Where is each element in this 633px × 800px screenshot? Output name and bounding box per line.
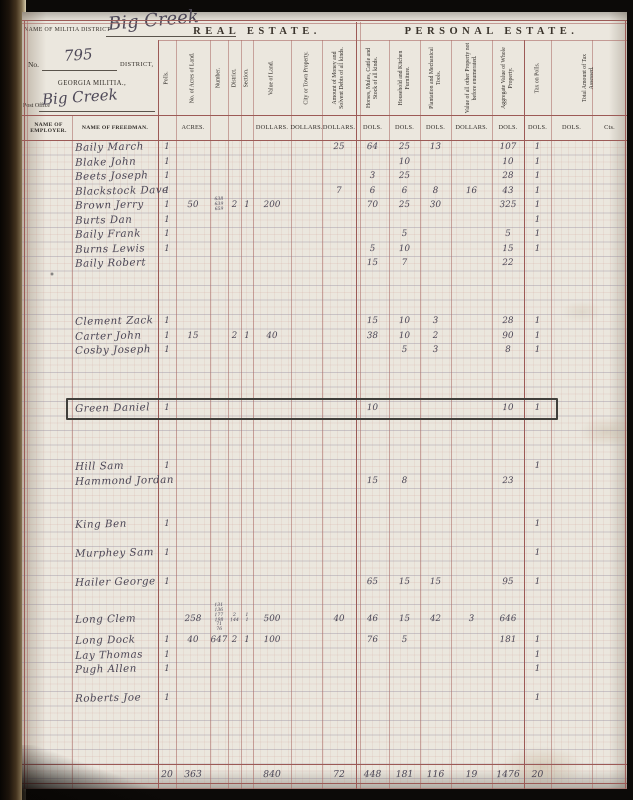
ledger-cell-hh: 10 [389,314,420,329]
ledger-cell-agg: 28 [492,314,524,329]
total-land: 840 [253,765,291,784]
ledger-cell-polls: 1 [158,401,176,416]
column-header-section: Section. [241,42,253,114]
ledger-cell-polls: 1 [158,546,176,561]
ledger-cell-freedman: Baily March [72,139,161,155]
ledger-cell-freedman: Hammond Jordan [72,473,161,489]
ledger-cell-taxpolls: 1 [524,633,551,648]
ledger-cell-taxpolls: 1 [524,183,551,198]
ledger-cell-hh: 7 [389,256,420,271]
ledger-cell-stock: 46 [356,604,390,634]
column-header-label: Value of all other Property not before e… [465,42,479,114]
ledger-cell-acres: 15 [176,328,210,343]
ledger-cell-taxpolls: 1 [524,459,551,474]
grid-line [228,40,229,789]
ledger-cell-freedman: Clement Zack [72,313,161,329]
ledger-cell-tools: 15 [420,575,451,590]
ledger-cell-stock: 15 [356,314,389,329]
ledger-cell-polls: 1 [158,459,176,474]
ledger-cell-number: 131 136 177 198 71 76 [210,604,229,633]
photo-background: Name of Militia District Big Creek No. 7… [0,0,633,800]
ledger-cell-hh: 5 [389,343,420,358]
ledger-cell-hh: 5 [389,227,420,242]
ledger-cell-district: 2 [228,328,241,343]
ledger-cell-agg: 23 [492,473,524,488]
ledger-cell-freedman: Brown Jerry [72,197,161,213]
column-header-stock: Horses, Mules, Cattle and Stock of all k… [356,42,389,114]
ledger-cell-hh: 25 [389,140,420,155]
ledger-cell-agg: 181 [492,633,524,648]
ledger-cell-land: 200 [253,198,291,213]
column-header-polls: Polls. [158,42,176,114]
column-header-label: Horses, Mules, Cattle and Stock of all k… [366,42,380,114]
ledger-cell-hh: 6 [389,183,420,198]
ledger-cell-tools: 13 [420,140,451,155]
ledger-cell-taxpolls: 1 [524,546,551,561]
ledger-cell-agg: 90 [492,328,524,343]
ledger-cell-polls: 1 [158,169,176,184]
ledger-cell-land: 500 [253,604,292,634]
ledger-cell-hh: 5 [389,633,420,648]
ledger-cell-polls: 1 [158,183,176,198]
ledger-cell-land: 100 [253,633,291,648]
ledger-cell-hh: 25 [389,169,420,184]
ledger-cell-freedman: Baily Robert [72,255,161,271]
ledger-cell-section: 1 [241,198,253,213]
ledger-cell-polls: 1 [158,198,176,213]
ledger-cell-taxpolls: 1 [524,212,551,227]
ledger-cell-agg: 10 [492,154,524,169]
column-header-agg: Aggregate Value of Whole Property. [492,42,524,114]
ledger-cell-polls: 1 [158,647,176,662]
subheader-money: DOLLARS. [322,115,356,140]
column-header-label: Plantation and Mechanical Tools. [429,42,443,114]
ledger-cell-polls: 1 [158,575,176,590]
ledger-cell-tools: 2 [420,328,451,343]
column-header-other: Value of all other Property not before e… [451,42,492,114]
grid-line [253,40,254,789]
ledger-cell-number: 647 [210,633,228,648]
subheader-employer: NAME OF EMPLOYER. [25,115,72,140]
ledger-cell-polls: 1 [158,343,176,358]
column-header-label: No. of Acres of Land. [190,42,197,114]
subheader-stock: DOLS. [356,115,389,140]
column-header-label: Polls. [164,42,171,114]
ledger-cell-polls: 1 [158,140,176,155]
column-header-city: City or Town Property. [291,42,322,114]
ledger-cell-taxpolls: 1 [524,575,551,590]
total-other: 19 [451,765,492,784]
ledger-cell-agg: 10 [492,401,524,416]
ledger-cell-stock: 15 [356,473,389,488]
ledger-cell-taxpolls: 1 [524,328,551,343]
ledger-cell-agg: 95 [492,575,524,590]
ledger-cell-polls: 1 [158,227,176,242]
total-taxpolls: 20 [524,765,551,784]
ledger-cell-hh: 15 [389,604,421,634]
ledger-cell-taxpolls: 1 [524,401,551,416]
ledger-cell-tools: 3 [420,343,451,358]
ledger-cell-agg: 15 [492,241,524,256]
column-header-label: Tax on Polls. [534,42,541,114]
subheader-hh: DOLS. [389,115,420,140]
grid-line [291,40,292,789]
ledger-cell-section: 1 [241,633,253,648]
ledger-cell-hh: 10 [389,328,420,343]
column-header-label: Aggregate Value of Whole Property. [501,42,515,114]
subheader-city: DOLLARS. [291,115,322,140]
ledger-cell-freedman: Green Daniel [72,400,161,416]
ledger-cell-freedman: Murphey Sam [72,545,161,561]
ledger-cell-hh: 10 [389,154,420,169]
ledger-cell-tools: 30 [420,198,451,213]
ledger-cell-taxpolls: 1 [524,241,551,256]
district-no: 795 [63,45,93,65]
georgia-militia-line: Georgia Militia., [42,80,142,87]
ledger-cell-polls: 1 [158,517,176,532]
page: Name of Militia District Big Creek No. 7… [22,12,627,789]
real-estate-banner: REAL ESTATE. [158,23,356,40]
grid-line [451,40,452,789]
column-header-label: District. [231,42,238,114]
column-header-label: Amount of Money and Solvent Debts of all… [332,42,346,114]
subheader-agg: DOLS. [492,115,524,140]
ledger-cell-stock: 65 [356,575,389,590]
ledger-cell-number: 638 639 659 [210,198,228,213]
ledger-cell-hh: 8 [389,473,420,488]
ledger-cell-freedman: Pugh Allen [72,661,161,677]
column-header-acres: No. of Acres of Land. [176,42,210,114]
ledger-cell-freedman: Baily Frank [72,226,161,242]
ledger-cell-stock: 5 [356,241,389,256]
ledger-cell-agg: 107 [492,140,524,155]
ledger-cell-acres: 40 [176,633,210,648]
post-office-name: Big Creek [41,85,118,108]
ledger-cell-money: 25 [322,140,356,155]
ledger-cell-taxpolls: 1 [524,343,551,358]
ledger-cell-stock: 6 [356,183,389,198]
ledger-cell-freedman: Roberts Joe [72,690,161,706]
ledger-cell-polls: 1 [158,241,176,256]
grid-line [158,40,627,41]
militia-district-label: Name of Militia District [24,27,110,33]
ledger-cell-section: 1 [241,328,253,343]
ledger-cell-stock: 10 [356,401,389,416]
ledger-cell-freedman: Hailer George [72,574,161,590]
ledger-cell-taxpolls: 1 [524,227,551,242]
ledger-cell-agg: 646 [492,604,525,634]
ledger-cell-stock: 3 [356,169,389,184]
ledger-cell-freedman: Hill Sam [72,458,161,474]
subheader-land: DOLLARS. [253,115,291,140]
ledger-cell-other: 16 [451,183,492,198]
ledger-cell-freedman: Beets Joseph [72,168,161,184]
no-label: No. [28,60,39,69]
ledger-cell-taxpolls: 1 [524,647,551,662]
grid-line [241,40,242,789]
rule-post-office [39,111,155,112]
ledger-cell-acres: 258 [176,604,211,634]
ledger-cell-stock: 64 [356,140,389,155]
column-header-totald: Total Amount of Tax Assessed. [551,42,627,114]
ledger-cell-freedman: King Ben [72,516,161,532]
total-money: 72 [322,765,356,784]
ledger-cell-freedman: Long Clem [72,603,162,634]
column-header-label: Number. [216,42,223,114]
column-header-taxpolls: Tax on Polls. [524,42,551,114]
total-stock: 448 [356,765,389,784]
ledger-cell-agg: 5 [492,227,524,242]
ledger-cell-hh: 10 [389,241,420,256]
ledger-cell-agg: 8 [492,343,524,358]
total-hh: 181 [389,765,420,784]
ledger-cell-tools: 8 [420,183,451,198]
ledger-cell-stock: 76 [356,633,389,648]
grid-line [210,40,211,789]
column-header-label: City or Town Property. [303,42,310,114]
ledger-cell-money: 7 [322,183,356,198]
ledger-cell-agg: 43 [492,183,524,198]
ledger-cell-acres: 50 [176,198,210,213]
ledger-cell-taxpolls: 1 [524,154,551,169]
subheader-other: DOLLARS. [451,115,492,140]
column-header-tools: Plantation and Mechanical Tools. [420,42,451,114]
ledger-cell-tools: 42 [420,604,452,634]
ledger-cell-agg: 28 [492,169,524,184]
ledger-cell-tools: 3 [420,314,451,329]
total-tools: 116 [420,765,451,784]
ledger-cell-taxpolls: 1 [524,517,551,532]
ledger-cell-section: 1 1 [241,604,254,633]
ledger-cell-stock: 70 [356,198,389,213]
ledger-cell-other: 3 [451,604,493,634]
column-header-land: Value of Land. [253,42,291,114]
ledger-cell-taxpolls: 1 [524,198,551,213]
column-header-label: Total Amount of Tax Assessed. [582,42,596,114]
subheader-acres: ACRES. [176,115,210,140]
subheader-tools: DOLS. [420,115,451,140]
ledger-cell-agg: 22 [492,256,524,271]
ledger-cell-polls: 1 [158,314,176,329]
ledger-cell-taxpolls: 1 [524,691,551,706]
ledger-cell-taxpolls: 1 [524,662,551,677]
ledger-cell-polls: 1 [158,691,176,706]
ledger-cell-polls: 1 [158,633,176,648]
subheader-totald: DOLS. [551,115,592,140]
ledger-cell-taxpolls: 1 [524,140,551,155]
ledger-cell-hh: 25 [389,198,420,213]
ledger-cell-freedman: Cosby Joseph [72,342,161,358]
ledger-cell-money: 40 [322,604,357,634]
column-header-hh: Household and Kitchen Furniture. [389,42,420,114]
grid-line [592,40,593,789]
total-agg: 1476 [492,765,524,784]
ledger-cell-polls: 1 [158,328,176,343]
ledger-cell-polls: 1 [158,662,176,677]
total-polls: 20 [158,765,176,783]
ledger-cell-district: 2 144 [228,604,242,633]
subheader-taxpolls: DOLS. [524,115,551,140]
column-header-number: Number. [210,42,228,114]
column-header-district: District. [228,42,241,114]
ledger-cell-taxpolls: 1 [524,314,551,329]
ledger-cell-hh: 15 [389,575,420,590]
ledger-cell-stock: 38 [356,328,389,343]
column-header-label: Value of Land. [269,42,276,114]
grid-line [22,788,627,789]
ledger-cell-agg: 325 [492,198,524,213]
subheader-cts: Cts. [592,115,627,140]
ledger-cell-freedman: Long Dock [72,632,161,648]
column-header-money: Amount of Money and Solvent Debts of all… [322,42,356,114]
ledger-cell-district: 2 [228,633,241,648]
total-acres: 363 [176,765,210,784]
column-header-label: Section. [244,42,251,114]
ledger-cell-taxpolls: 1 [524,169,551,184]
ledger-cell-land: 40 [253,328,291,343]
personal-estate-banner: PERSONAL ESTATE. [356,23,627,40]
ledger-cell-stock: 15 [356,256,389,271]
district-word: District, [120,61,153,68]
ledger-cell-district: 2 [228,198,241,213]
ledger-cell-polls: 1 [158,212,176,227]
subheader-freedman: NAME OF FREEDMAN. [72,115,158,140]
ledger-cell-polls: 1 [158,154,176,169]
rule-district-no [42,70,117,71]
column-header-label: Household and Kitchen Furniture. [398,42,412,114]
